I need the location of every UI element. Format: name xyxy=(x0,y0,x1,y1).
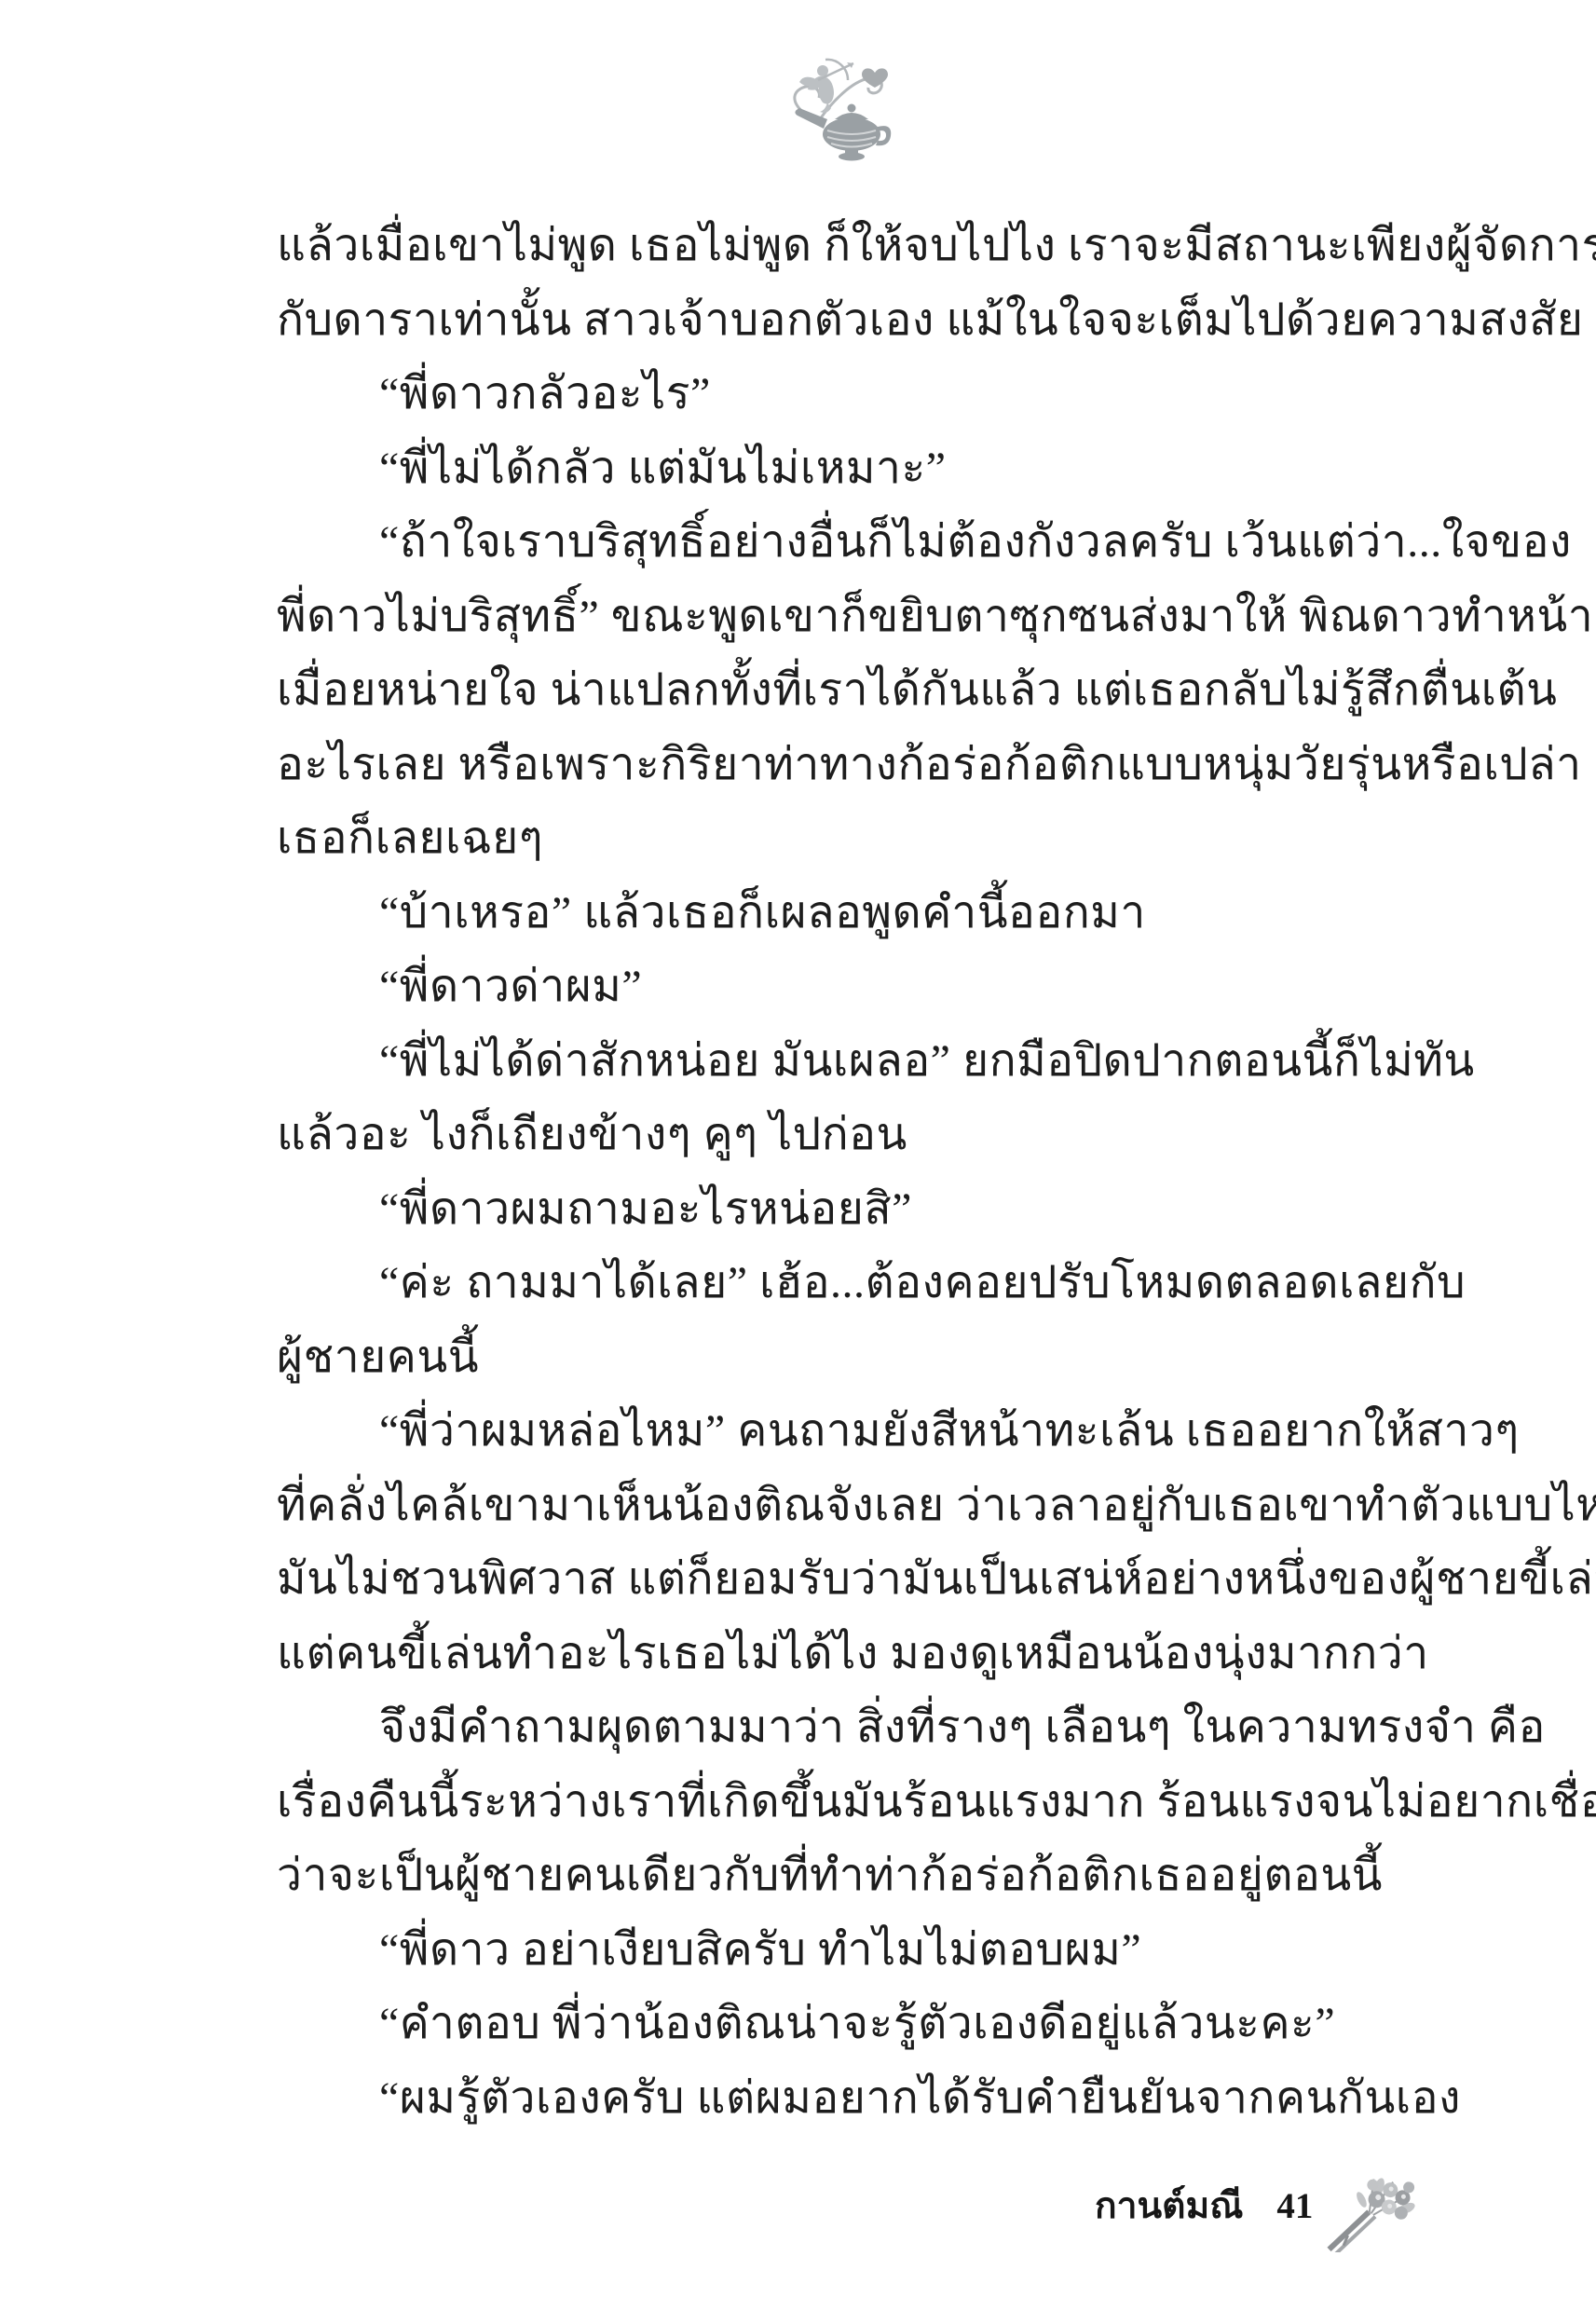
text-line: “ค่ะ ถามมาได้เลย” เฮ้อ...ต้องคอยปรับโหมด… xyxy=(277,1246,1410,1320)
text-line: “พี่ไม่ได้ด่าสักหน่อย มันเผลอ” ยกมือปิดป… xyxy=(277,1024,1410,1099)
page-number: 41 xyxy=(1276,2185,1313,2227)
text-block: แล้วเมื่อเขาไม่พูด เธอไม่พูด ก็ให้จบไปไง… xyxy=(277,209,1410,2135)
text-line: ผู้ชายคนนี้ xyxy=(277,1320,1410,1395)
text-line: แล้วเมื่อเขาไม่พูด เธอไม่พูด ก็ให้จบไปไง… xyxy=(277,209,1410,283)
text-line: แล้วอะ ไงก็เถียงข้างๆ คูๆ ไปก่อน xyxy=(277,1098,1410,1172)
text-line: “พี่ดาวด่าผม” xyxy=(277,950,1410,1024)
cupid-figure xyxy=(799,65,834,113)
text-line: “พี่ว่าผมหล่อไหม” คนถามยังสีหน้าทะเล้น เ… xyxy=(277,1394,1410,1469)
cupid-genie-lamp-ornament xyxy=(779,54,896,166)
text-line: “บ้าเหรอ” แล้วเธอก็เผลอพูดคำนี้ออกมา xyxy=(277,876,1410,950)
text-line: “ผมรู้ตัวเองครับ แต่ผมอยากได้รับคำยืนยัน… xyxy=(277,2061,1410,2136)
text-line: เมื่อยหน่ายใจ น่าแปลกทั้งที่เราได้กันแล้… xyxy=(277,653,1410,728)
text-line: “พี่ดาว อย่าเงียบสิครับ ทำไมไม่ตอบผม” xyxy=(277,1913,1410,1988)
text-line: แต่คนขี้เล่นทำอะไรเธอไม่ได้ไง มองดูเหมือ… xyxy=(277,1617,1410,1691)
book-page: แล้วเมื่อเขาไม่พูด เธอไม่พูด ก็ให้จบไปไง… xyxy=(0,0,1596,2311)
text-line: มันไม่ชวนพิศวาส แต่ก็ยอมรับว่ามันเป็นเสน… xyxy=(277,1542,1410,1617)
text-line: ที่คลั่งไคล้เขามาเห็นน้องติณจังเลย ว่าเว… xyxy=(277,1469,1410,1543)
book-title: กานต์มณี xyxy=(1095,2177,1243,2235)
text-line: “พี่ดาวผมถามอะไรหน่อยสิ” xyxy=(277,1172,1410,1247)
flower-bouquet-ornament xyxy=(1316,2167,1428,2252)
text-line: พี่ดาวไม่บริสุทธิ์” ขณะพูดเขาก็ขยิบตาซุก… xyxy=(277,580,1410,654)
text-line: จึงมีคำถามผุดตามมาว่า สิ่งที่รางๆ เลือนๆ… xyxy=(277,1690,1410,1765)
text-line: เรื่องคืนนี้ระหว่างเราที่เกิดขึ้นมันร้อน… xyxy=(277,1765,1410,1839)
text-line: กับดาราเท่านั้น สาวเจ้าบอกตัวเอง แม้ในใจ… xyxy=(277,283,1410,358)
page-footer: กานต์มณี 41 xyxy=(1095,2177,1313,2235)
text-line: “ถ้าใจเราบริสุทธิ์อย่างอื่นก็ไม่ต้องกังว… xyxy=(277,505,1410,580)
heart-icon xyxy=(862,68,888,88)
genie-lamp xyxy=(795,104,891,161)
text-line: อะไรเลย หรือเพราะกิริยาท่าทางก้อร่อก้อติ… xyxy=(277,728,1410,802)
text-line: “พี่ดาวกลัวอะไร” xyxy=(277,357,1410,431)
text-line: เธอก็เลยเฉยๆ xyxy=(277,801,1410,876)
text-line: “คำตอบ พี่ว่าน้องติณน่าจะรู้ตัวเองดีอยู่… xyxy=(277,1987,1410,2061)
text-line: ว่าจะเป็นผู้ชายคนเดียวกับที่ทำท่าก้อร่อก… xyxy=(277,1839,1410,1913)
text-line: “พี่ไม่ได้กลัว แต่มันไม่เหมาะ” xyxy=(277,431,1410,506)
